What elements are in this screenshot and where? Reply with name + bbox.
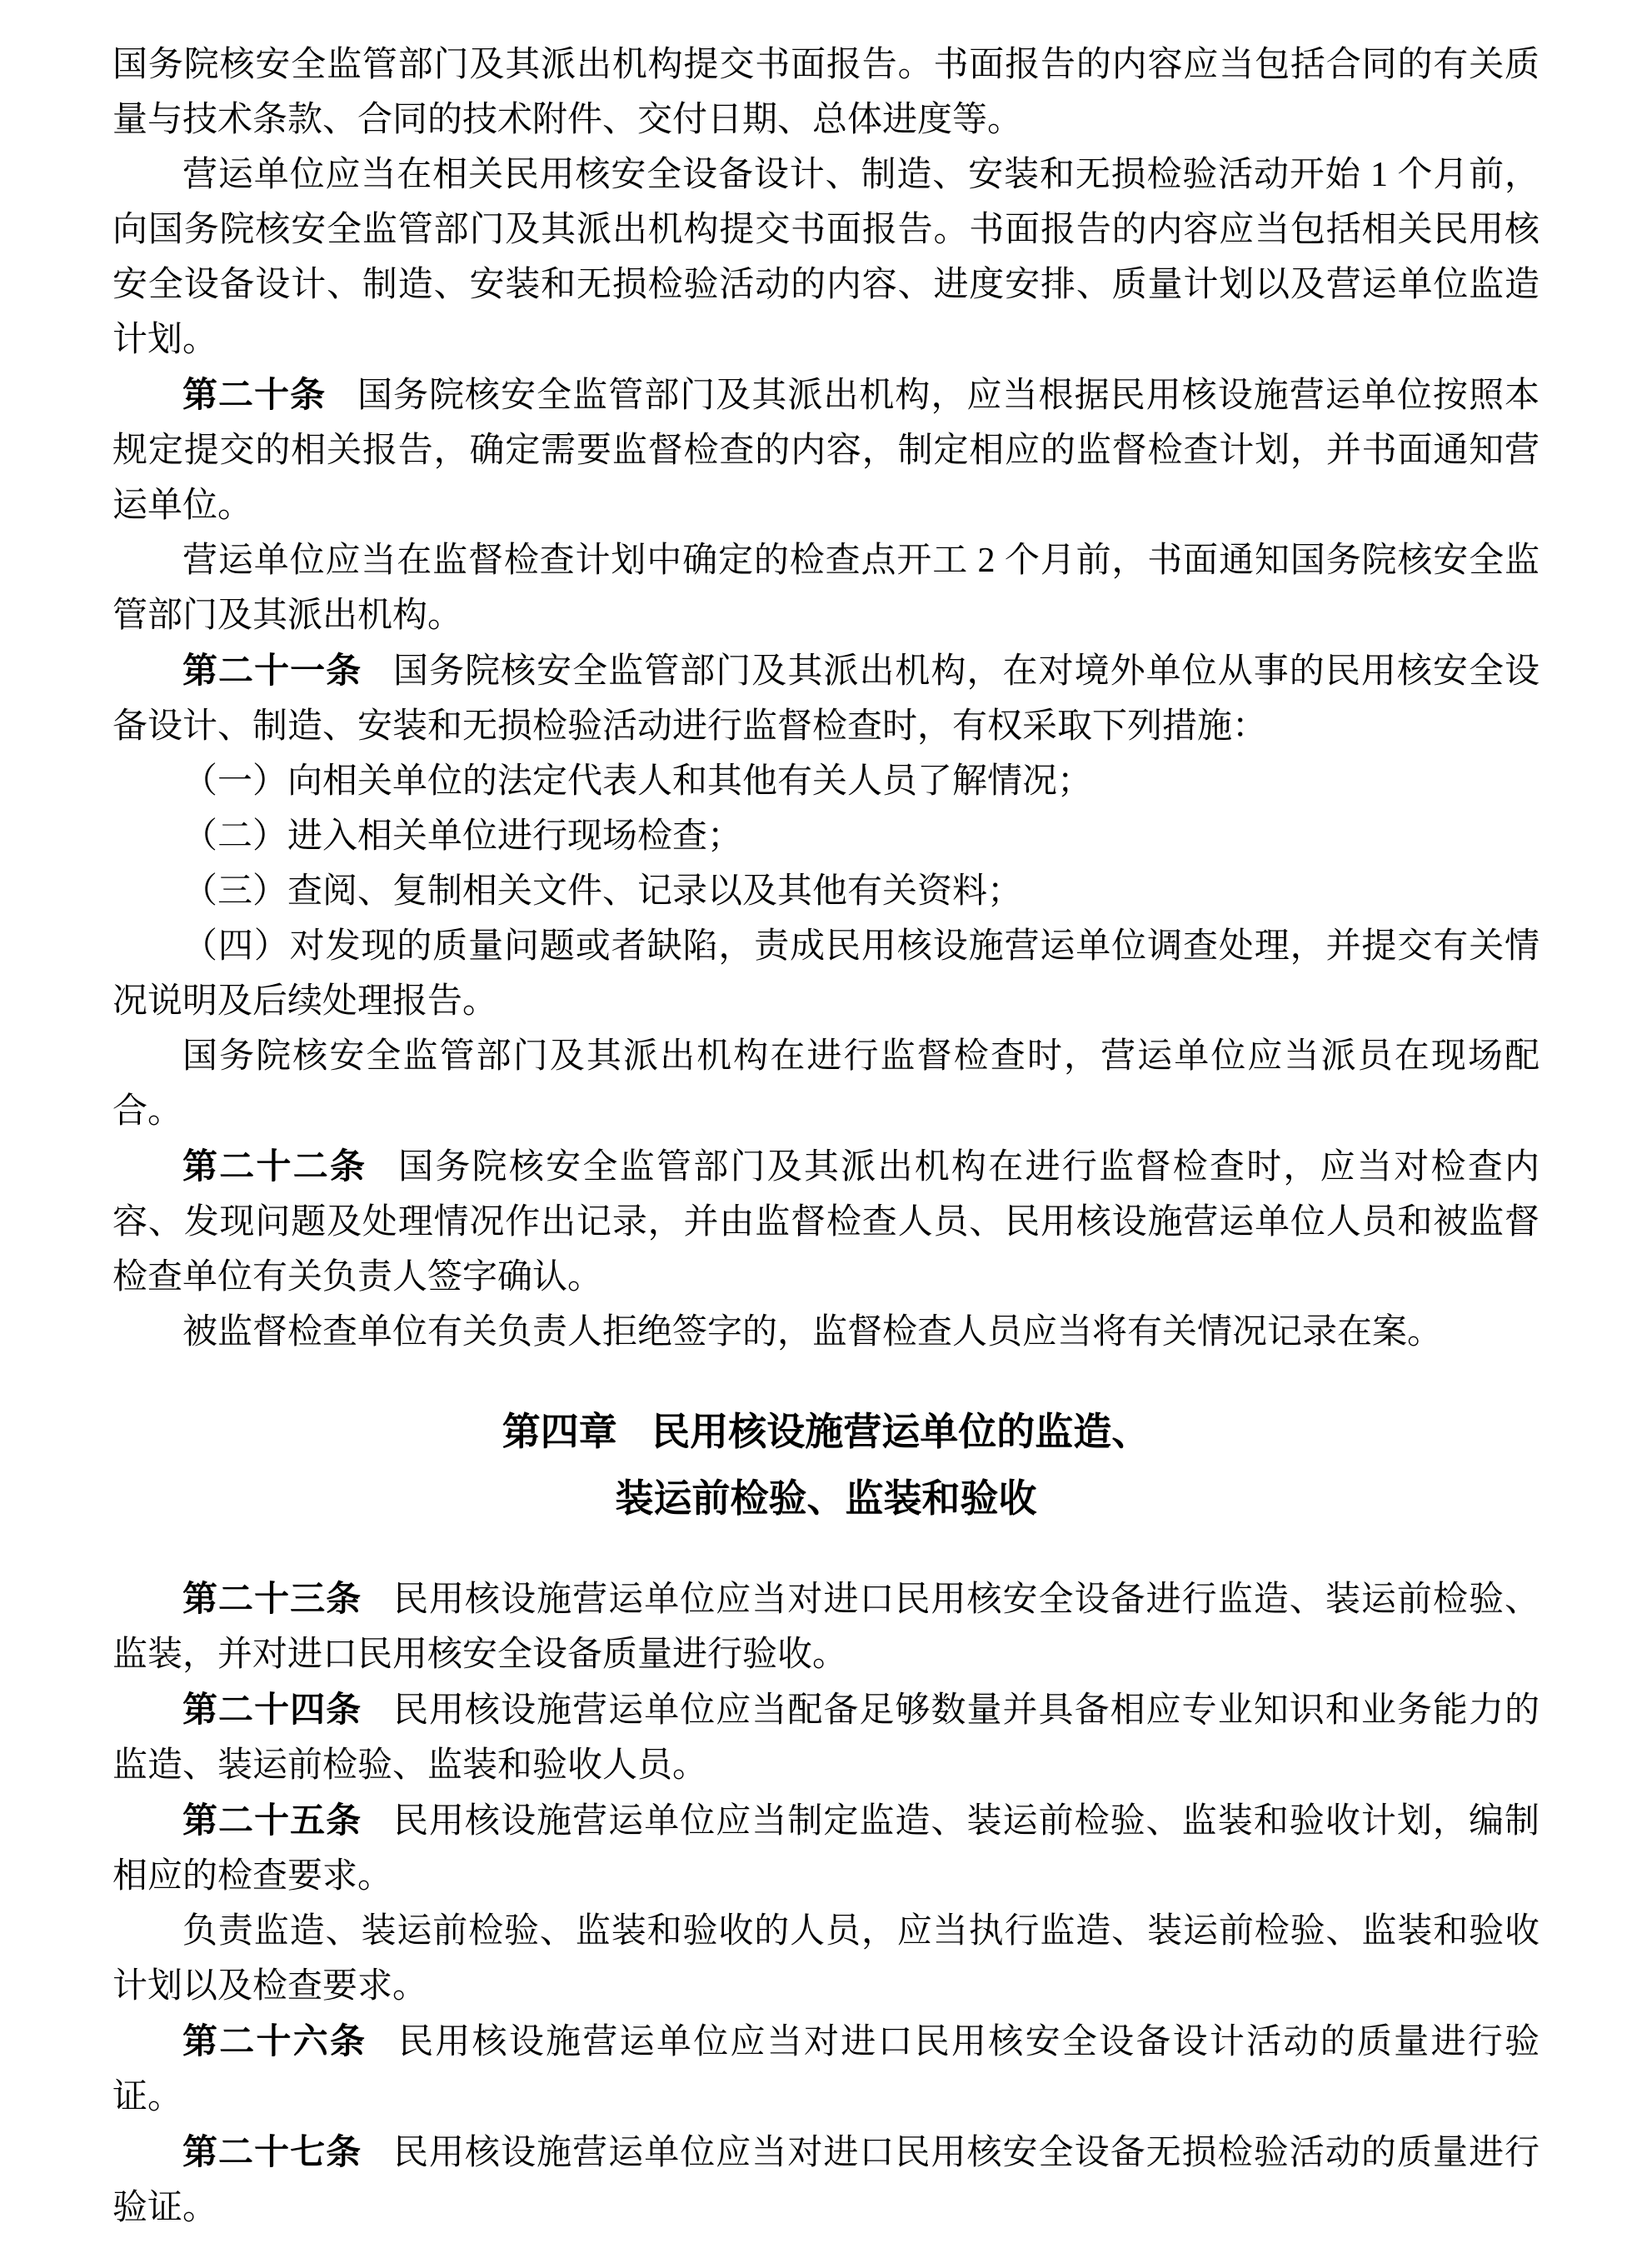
paragraph-text: （四）对发现的质量问题或者缺陷，责成民用核设施营运单位调查处理，并提交有关情况说… [112,927,1540,1021]
chapter-heading: 第四章民用核设施营运单位的监造、 装运前检验、监装和验收 [112,1398,1540,1531]
list-item: （一）向相关单位的法定代表人和其他有关人员了解情况； [112,754,1540,809]
paragraph-text: 国务院核安全监管部门及其派出机构提交书面报告。书面报告的内容应当包括合同的有关质… [112,46,1540,139]
article-paragraph: 第二十五条民用核设施营运单位应当制定监造、装运前检验、监装和验收计划，编制相应的… [112,1793,1540,1904]
paragraph: 营运单位应当在相关民用核安全设备设计、制造、安装和无损检验活动开始 1 个月前，… [112,147,1540,367]
article-paragraph: 第二十三条民用核设施营运单位应当对进口民用核安全设备进行监造、装运前检验、监装，… [112,1571,1540,1682]
paragraph-text: 营运单位应当在监督检查计划中确定的检查点开工 2 个月前，书面通知国务院核安全监… [112,542,1540,635]
article-paragraph: 第二十条国务院核安全监管部门及其派出机构，应当根据民用核设施营运单位按照本规定提… [112,367,1540,533]
paragraph-text: 国务院核安全监管部门及其派出机构，应当根据民用核设施营运单位按照本规定提交的相关… [112,377,1540,525]
paragraph-text: 营运单位应当在相关民用核安全设备设计、制造、安装和无损检验活动开始 1 个月前，… [112,156,1540,359]
list-item: （二）进入相关单位进行现场检查； [112,809,1540,864]
chapter-number: 第四章 [502,1410,617,1453]
list-item: （四）对发现的质量问题或者缺陷，责成民用核设施营运单位调查处理，并提交有关情况说… [112,919,1540,1029]
paragraph-text: 被监督检查单位有关负责人拒绝签字的，监督检查人员应当将有关情况记录在案。 [182,1313,1442,1351]
article-paragraph: 第二十二条国务院核安全监管部门及其派出机构在进行监督检查时，应当对检查内容、发现… [112,1139,1540,1305]
article-number: 第二十条 [182,375,326,414]
paragraph-continued: 国务院核安全监管部门及其派出机构提交书面报告。书面报告的内容应当包括合同的有关质… [112,37,1540,147]
article-paragraph: 第二十七条民用核设施营运单位应当对进口民用核安全设备无损检验活动的质量进行验证。 [112,2125,1540,2236]
chapter-title-part-2: 装运前检验、监装和验收 [616,1476,1037,1520]
paragraph-text: （二）进入相关单位进行现场检查； [182,817,742,856]
article-number: 第二十五条 [182,1801,362,1840]
article-number: 第二十三条 [182,1579,362,1618]
paragraph: 负责监造、装运前检验、监装和验收的人员，应当执行监造、装运前检验、监装和验收计划… [112,1904,1540,2014]
article-number: 第二十六条 [182,2021,367,2061]
article-number: 第二十二条 [182,1146,367,1186]
article-number: 第二十四条 [182,1690,362,1729]
article-paragraph: 第二十一条国务院核安全监管部门及其派出机构，在对境外单位从事的民用核安全设备设计… [112,643,1540,754]
paragraph: 营运单位应当在监督检查计划中确定的检查点开工 2 个月前，书面通知国务院核安全监… [112,533,1540,643]
chapter-title-part-1: 民用核设施营运单位的监造、 [651,1410,1150,1453]
paragraph-text: 国务院核安全监管部门及其派出机构在进行监督检查时，营运单位应当派员在现场配合。 [112,1037,1540,1131]
chapter-heading-line-1: 第四章民用核设施营运单位的监造、 [112,1398,1540,1465]
paragraph-text: 负责监造、装运前检验、监装和验收的人员，应当执行监造、装运前检验、监装和验收计划… [112,1912,1540,2006]
paragraph: 国务院核安全监管部门及其派出机构在进行监督检查时，营运单位应当派员在现场配合。 [112,1029,1540,1139]
document-page: 国务院核安全监管部门及其派出机构提交书面报告。书面报告的内容应当包括合同的有关质… [0,0,1652,2243]
article-paragraph: 第二十四条民用核设施营运单位应当配备足够数量并具备相应专业知识和业务能力的监造、… [112,1682,1540,1793]
list-item: （三）查阅、复制相关文件、记录以及其他有关资料； [112,864,1540,919]
document-content: 国务院核安全监管部门及其派出机构提交书面报告。书面报告的内容应当包括合同的有关质… [112,37,1540,2236]
chapter-heading-line-2: 装运前检验、监装和验收 [112,1465,1540,1531]
article-paragraph: 第二十六条民用核设施营运单位应当对进口民用核安全设备设计活动的质量进行验证。 [112,2014,1540,2125]
paragraph-text: （一）向相关单位的法定代表人和其他有关人员了解情况； [182,762,1092,801]
paragraph: 被监督检查单位有关负责人拒绝签字的，监督检查人员应当将有关情况记录在案。 [112,1305,1540,1360]
paragraph-text: （三）查阅、复制相关文件、记录以及其他有关资料； [182,872,1022,911]
article-number: 第二十七条 [182,2132,362,2171]
article-number: 第二十一条 [182,651,362,690]
